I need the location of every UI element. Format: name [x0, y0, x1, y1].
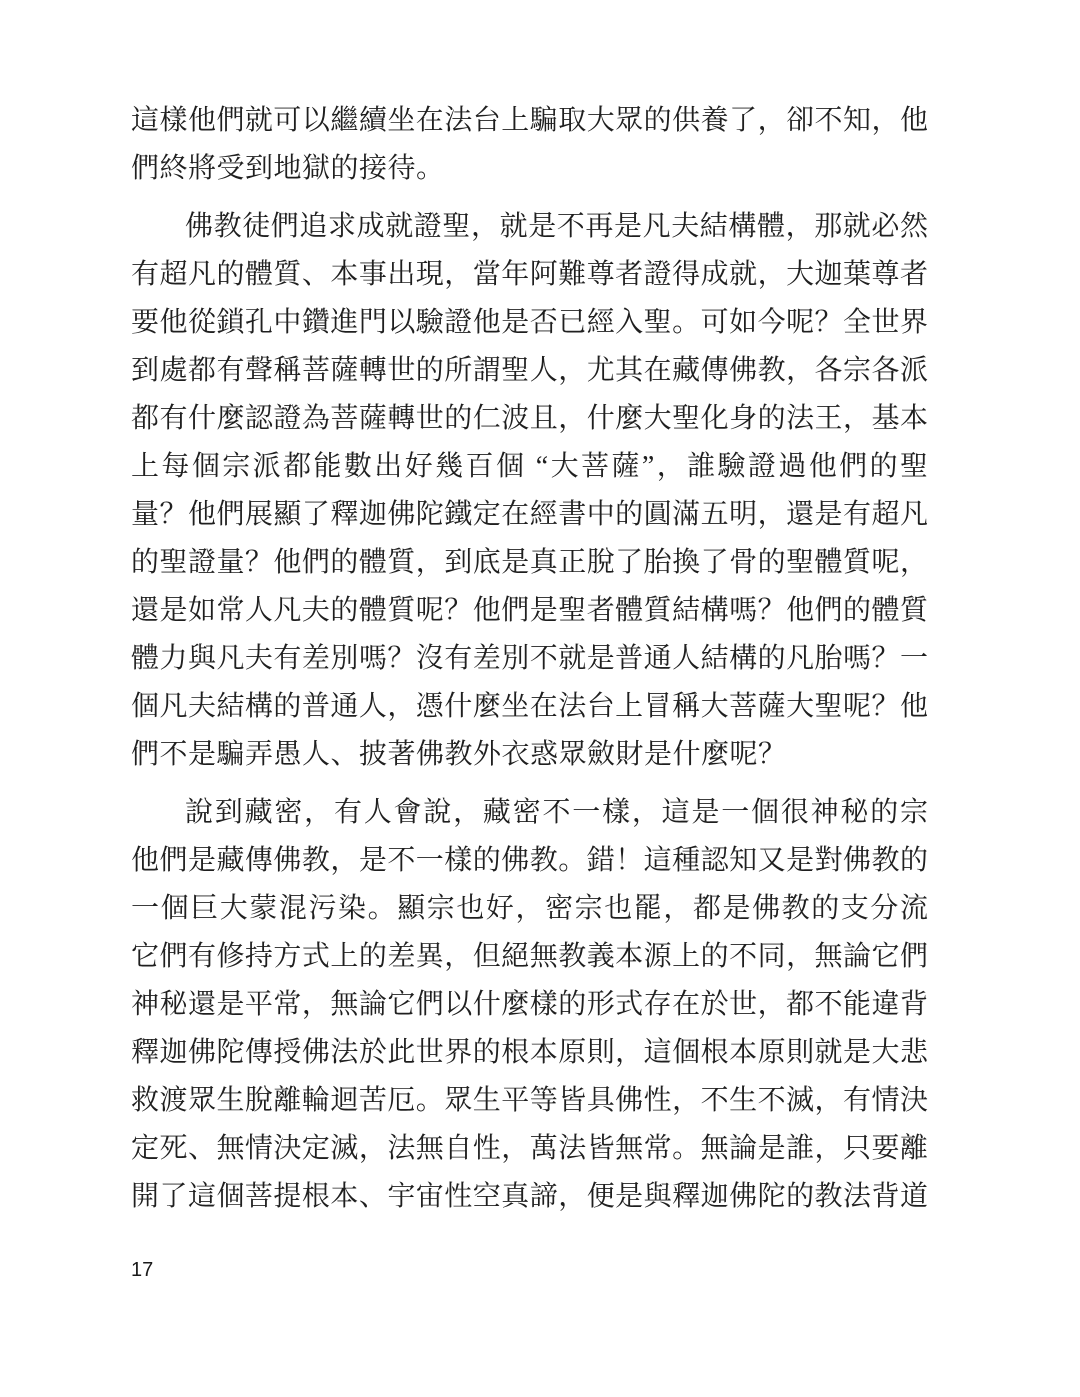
- body-text: 這樣他們就可以繼續坐在法台上騙取大眾的供養了，卻不知，他們終將受到地獄的接待。佛…: [131, 97, 928, 1221]
- text-line: 佛教徒們追求成就證聖，就是不再是凡夫結構體，那就必然: [131, 203, 928, 251]
- paragraph: 說到藏密，有人會說，藏密不一樣，這是一個很神秘的宗派，他們是藏傳佛教，是不一樣的…: [131, 789, 928, 1221]
- text-line: 救渡眾生脫離輪迴苦厄。眾生平等皆具佛性，不生不滅，有情決: [131, 1077, 928, 1125]
- text-line: 還是如常人凡夫的體質呢？他們是聖者體質結構嗎？他們的體質: [131, 587, 928, 635]
- text-line: 一個巨大蒙混污染。顯宗也好，密宗也罷，都是佛教的支分流派，: [131, 885, 928, 933]
- paragraph: 這樣他們就可以繼續坐在法台上騙取大眾的供養了，卻不知，他們終將受到地獄的接待。: [131, 97, 928, 193]
- text-line: 們不是騙弄愚人、披著佛教外衣惑眾斂財是什麼呢？: [131, 731, 928, 779]
- text-line: 神秘還是平常，無論它們以什麼樣的形式存在於世，都不能違背: [131, 981, 928, 1029]
- text-line: 這樣他們就可以繼續坐在法台上騙取大眾的供養了，卻不知，他: [131, 97, 928, 145]
- page-number: 17: [131, 1258, 153, 1282]
- text-line: 要他從鎖孔中鑽進門以驗證他是否已經入聖。可如今呢？全世界: [131, 299, 928, 347]
- text-line: 他們是藏傳佛教，是不一樣的佛教。錯！這種認知又是對佛教的: [131, 837, 928, 885]
- text-line: 量？他們展顯了釋迦佛陀鐵定在經書中的圓滿五明，還是有超凡: [131, 491, 928, 539]
- text-line: 們終將受到地獄的接待。: [131, 145, 928, 193]
- text-line: 說到藏密，有人會說，藏密不一樣，這是一個很神秘的宗派，: [131, 789, 928, 837]
- text-line: 它們有修持方式上的差異，但絕無教義本源上的不同，無論它們: [131, 933, 928, 981]
- text-line: 開了這個菩提根本、宇宙性空真諦，便是與釋迦佛陀的教法背道: [131, 1173, 928, 1221]
- text-line: 個凡夫結構的普通人，憑什麼坐在法台上冒稱大菩薩大聖呢？他: [131, 683, 928, 731]
- text-line: 有超凡的體質、本事出現，當年阿難尊者證得成就，大迦葉尊者: [131, 251, 928, 299]
- text-line: 定死、無情決定滅，法無自性，萬法皆無常。無論是誰，只要離: [131, 1125, 928, 1173]
- text-line: 釋迦佛陀傳授佛法於此世界的根本原則，這個根本原則就是大悲: [131, 1029, 928, 1077]
- text-line: 都有什麼認證為菩薩轉世的仁波且，什麼大聖化身的法王，基本: [131, 395, 928, 443]
- text-line: 到處都有聲稱菩薩轉世的所謂聖人，尤其在藏傳佛教，各宗各派: [131, 347, 928, 395]
- text-line: 的聖證量？他們的體質，到底是真正脫了胎換了骨的聖體質呢，: [131, 539, 928, 587]
- text-line: 上每個宗派都能數出好幾百個 “大菩薩”，誰驗證過他們的聖: [131, 443, 928, 491]
- text-line: 體力與凡夫有差別嗎？沒有差別不就是普通人結構的凡胎嗎？一: [131, 635, 928, 683]
- document-page: 這樣他們就可以繼續坐在法台上騙取大眾的供養了，卻不知，他們終將受到地獄的接待。佛…: [0, 0, 1080, 1397]
- paragraph: 佛教徒們追求成就證聖，就是不再是凡夫結構體，那就必然有超凡的體質、本事出現，當年…: [131, 203, 928, 779]
